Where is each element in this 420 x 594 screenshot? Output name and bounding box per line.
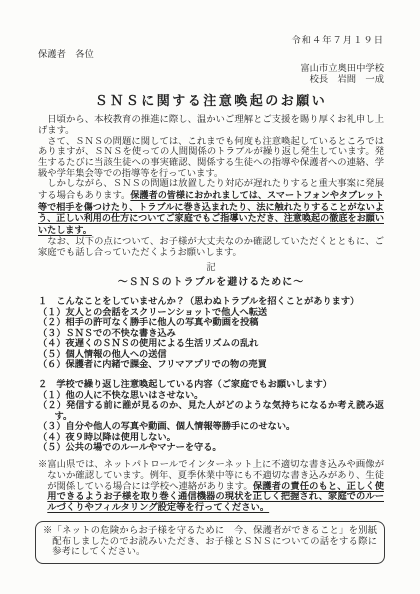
list-item: （３）ＳＮＳでの不快な書き込み xyxy=(38,328,384,338)
section-subtitle: ～ＳＮＳのトラブルを避けるために～ xyxy=(38,278,384,289)
section1-heading: １ こんなことをしていませんか？（思わぬトラブルを招くことがあります） xyxy=(38,296,384,306)
document-date: 令和４年７月１９日 xyxy=(38,36,384,47)
school-name: 富山市立奥田中学校 xyxy=(38,64,384,75)
attachment-note: ※「ネットの危険からお子様を守るために 今、保護者ができること」を別紙配布しまし… xyxy=(43,526,377,558)
paragraph-greeting: 日頃から、本校教育の推進に際し、温かいご理解とご支援を賜り厚くお礼申し上げます。 xyxy=(38,115,384,136)
section-school-reminders: ２ 学校で繰り返し注意喚起している内容（ご家庭でもお願いします） （１）他の人に… xyxy=(38,379,384,453)
ki-marker: 記 xyxy=(38,263,384,274)
list-item: （３）自分や他人の写真や動画、個人情報等勝手にのせない。 xyxy=(38,421,384,431)
attachment-box: ※「ネットの危険からお子様を守るために 今、保護者ができること」を別紙配布しまし… xyxy=(35,521,385,564)
prefecture-note: ※富山県では、ネットパトロールでインターネット上に不適切な書き込みや画像がないか… xyxy=(38,460,384,514)
list-item: （４）夜遅くのＳＮＳの使用による生活リズムの乱れ xyxy=(38,338,384,348)
list-item: （２）発信する前に誰が見るのか、見た人がどのような気持ちになるか考え読み返す。 xyxy=(38,400,384,421)
section2-heading: ２ 学校で繰り返し注意喚起している内容（ご家庭でもお願いします） xyxy=(38,379,384,389)
list-item: （１）友人との会話をスクリーンショットで他人へ転送 xyxy=(38,307,384,317)
sender-block: 富山市立奥田中学校 校長 岩間 一成 xyxy=(38,64,384,86)
list-item: （１）他の人に不快な思いはさせない。 xyxy=(38,390,384,400)
list-item: （４）夜９時以降は使用しない。 xyxy=(38,432,384,442)
paragraph-request: なお、以下の点について、お子様が大丈夫なのか確認していただくとともに、ご家庭でも… xyxy=(38,237,384,258)
principal-name: 校長 岩間 一成 xyxy=(38,75,384,86)
list-item: （５）公共の場でのルールやマナーを守る。 xyxy=(38,442,384,452)
document-page: 令和４年７月１９日 保護者 各位 富山市立奥田中学校 校長 岩間 一成 ＳＮＳに… xyxy=(0,0,420,594)
section-avoid-trouble: １ こんなことをしていませんか？（思わぬトラブルを招くことがあります） （１）友… xyxy=(38,296,384,370)
paragraph-warning: しかしながら、ＳＮＳの問題は放置したり対応が遅れたりすると重大事案に発展する場合… xyxy=(38,179,384,237)
recipient-line: 保護者 各位 xyxy=(38,50,384,61)
list-item: （６）保護者に内緒で課金、フリマアプリでの物の売買 xyxy=(38,359,384,369)
list-item: （２）相手の許可なく勝手に他人の写真や動画を投稿 xyxy=(38,317,384,327)
list-item: （５）個人情報の他人への送信 xyxy=(38,349,384,359)
paragraph-sns-issue: さて、ＳＮＳの問題に関しては、これまでも何度も注意喚起しているところではあります… xyxy=(38,137,384,180)
document-title: ＳＮＳに関する注意喚起のお願い xyxy=(38,96,384,107)
